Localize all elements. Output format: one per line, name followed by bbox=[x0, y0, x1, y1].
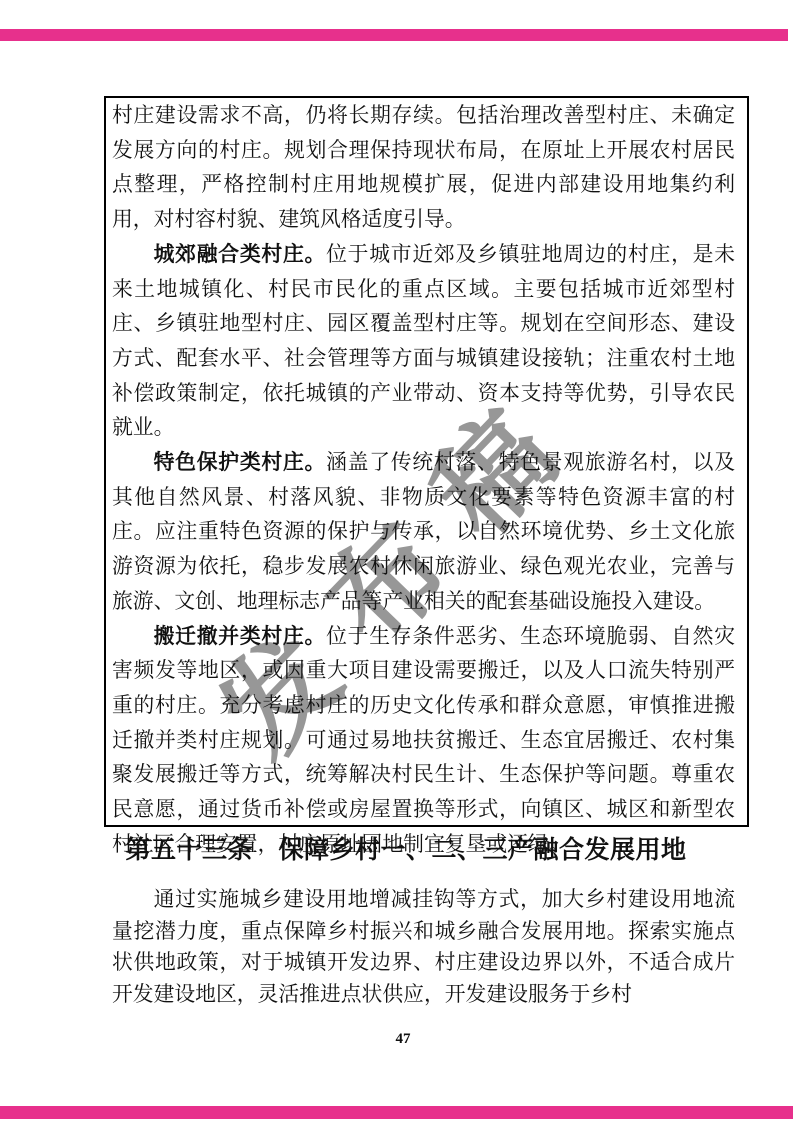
paragraph-lead: 城郊融合类村庄。 bbox=[154, 243, 327, 266]
article-53-heading: 第五十三条 保障乡村一、二、三产融合发展用地 bbox=[14, 835, 793, 867]
redaction-bar-top bbox=[0, 29, 788, 41]
village-classification-textbox: 村庄建设需求不高，仍将长期存续。包括治理改善型村庄、未确定发展方向的村庄。规划合… bbox=[104, 96, 749, 827]
redaction-bar-bottom bbox=[0, 1106, 793, 1119]
article-53-paragraph: 通过实施城乡建设用地增减挂钩等方式，加大乡村建设用地流量挖潜力度，重点保障乡村振… bbox=[112, 884, 735, 1011]
page-number: 47 bbox=[0, 1031, 793, 1048]
paragraph-suburban-integration: 城郊融合类村庄。位于城市近郊及乡镇驻地周边的村庄，是未来土地城镇化、村民市民化的… bbox=[112, 238, 735, 446]
paragraph-body: 位于城市近郊及乡镇驻地周边的村庄，是未来土地城镇化、村民市民化的重点区域。主要包… bbox=[112, 243, 735, 440]
paragraph-relocation-merge: 搬迁撤并类村庄。位于生存条件恶劣、生态环境脆弱、自然灾害频发等地区，或因重大项目… bbox=[112, 620, 735, 863]
paragraph-body: 位于生存条件恶劣、生态环境脆弱、自然灾害频发等地区，或因重大项目建设需要搬迁，以… bbox=[112, 625, 735, 856]
paragraph-body: 村庄建设需求不高，仍将长期存续。包括治理改善型村庄、未确定发展方向的村庄。规划合… bbox=[112, 104, 735, 231]
paragraph-continued: 村庄建设需求不高，仍将长期存续。包括治理改善型村庄、未确定发展方向的村庄。规划合… bbox=[112, 99, 735, 238]
paragraph-body: 涵盖了传统村落、特色景观旅游名村，以及其他自然风景、村落风貌、非物质文化要素等特… bbox=[112, 451, 735, 613]
document-page: 发布稿 村庄建设需求不高，仍将长期存续。包括治理改善型村庄、未确定发展方向的村庄… bbox=[0, 0, 793, 1122]
paragraph-special-protection: 特色保护类村庄。涵盖了传统村落、特色景观旅游名村，以及其他自然风景、村落风貌、非… bbox=[112, 446, 735, 620]
paragraph-lead: 特色保护类村庄。 bbox=[154, 451, 327, 474]
paragraph-lead: 搬迁撤并类村庄。 bbox=[154, 625, 327, 648]
